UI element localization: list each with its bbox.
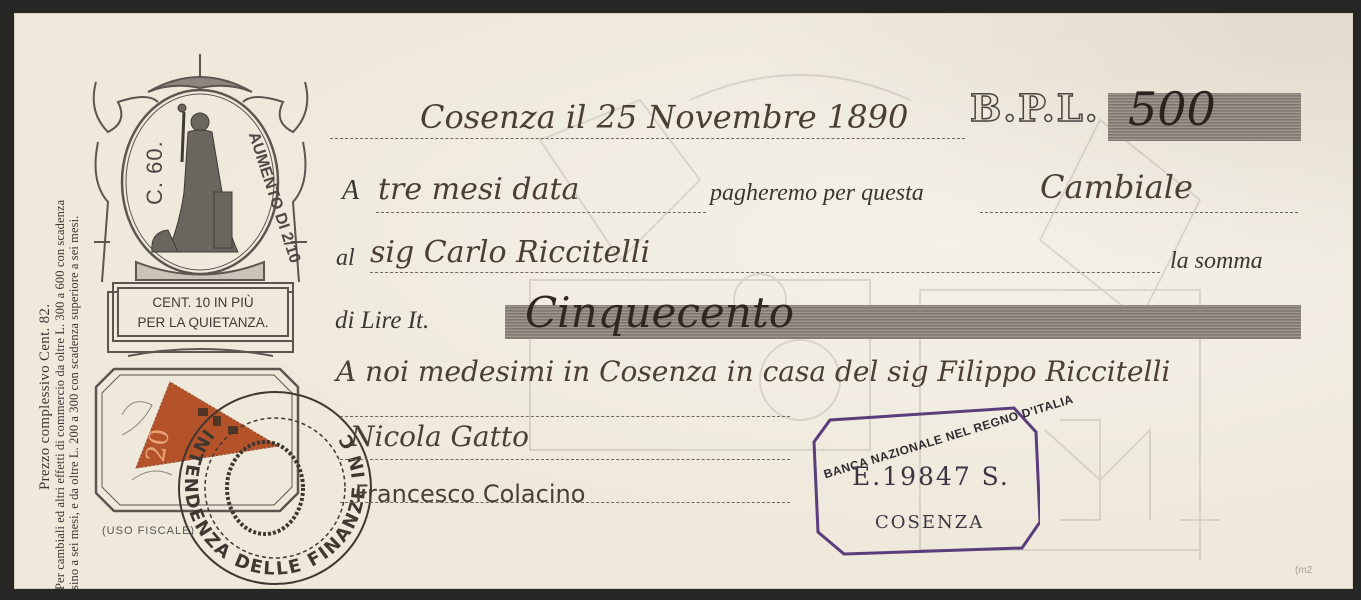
svg-text:INTENDENZA DELLE FINANZE IN CO: INTENDENZA DELLE FINANZE IN COSENZA	[175, 368, 370, 580]
line2-prefix: al	[336, 245, 355, 272]
line1-print: pagheremo per questa	[710, 180, 924, 207]
price-total: Prezzo complessivo Cent. 82.	[37, 30, 53, 590]
line1-prefix: A	[342, 175, 359, 207]
instrument-value: Cambiale	[1040, 168, 1193, 206]
amount-words: Cinquecento	[525, 288, 794, 337]
quietanza-line-1: CENT. 10 IN PIÙ	[119, 293, 287, 313]
quietanza-box: CENT. 10 IN PIÙ PER LA QUIETANZA.	[117, 287, 289, 337]
cancel-arc-text: INTENDENZA DELLE FINANZE IN COSENZA	[175, 368, 370, 580]
side-printed-notice: Prezzo complessivo Cent. 82. Per cambial…	[37, 30, 81, 590]
uso-fiscale-note: USO FISCALE	[102, 525, 195, 537]
place-date: Cosenza il 25 Novembre 1890	[420, 98, 908, 136]
intendenza-cancellation-stamp: INTENDENZA DELLE FINANZE IN COSENZA	[175, 368, 375, 600]
line2-suffix: la somma	[1170, 248, 1263, 275]
date-line	[330, 138, 965, 139]
stamp-value: C. 60.	[142, 140, 168, 205]
payee-line	[370, 272, 1160, 273]
tariff-line-2: sino a sei mesi, e da oltre L. 200 a 300…	[67, 30, 81, 590]
signature-line-1	[340, 459, 790, 460]
line3-prefix: di Lire It.	[335, 307, 429, 335]
quietanza-line-2: PER LA QUIETANZA.	[119, 313, 287, 333]
payment-place: A noi medesimi in Cosenza in casa del si…	[336, 355, 1170, 388]
payee-value: sig Carlo Riccitelli	[370, 235, 650, 270]
bank-register-number: E.19847 S.	[852, 462, 1010, 491]
currency-label: B.P.L.	[970, 86, 1100, 130]
svg-text:20: 20	[141, 427, 176, 465]
term-line	[376, 212, 706, 213]
signature-2: Francesco Colacino	[355, 480, 585, 508]
amount-value: 500	[1128, 82, 1216, 136]
extra-line-1	[340, 416, 790, 417]
bank-city: COSENZA	[875, 512, 984, 533]
instrument-line	[980, 212, 1298, 213]
pencil-note: (m2	[1295, 565, 1312, 576]
signature-1: Nicola Gatto	[350, 420, 529, 453]
term-value: tre mesi data	[378, 172, 579, 207]
tariff-line-1: Per cambiali ed altri effetti di commerc…	[53, 30, 67, 590]
